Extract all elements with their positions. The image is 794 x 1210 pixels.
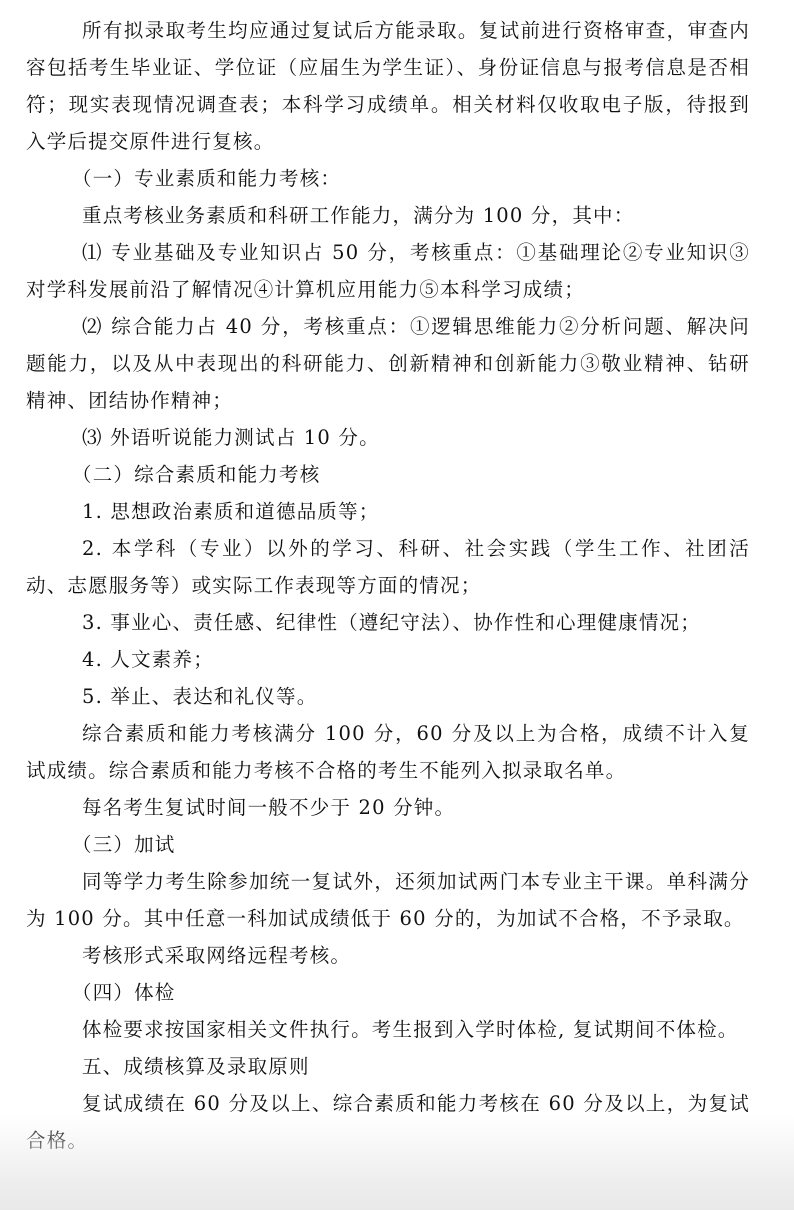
- paragraph-item-comprehensive-ability: ⑵ 综合能力占 40 分，考核重点：①逻辑思维能力②分析问题、解决问题能力，以及…: [26, 308, 750, 419]
- heading-professional-assessment: （一）专业素质和能力考核：: [26, 160, 750, 197]
- heading-additional-test: （三）加试: [26, 826, 750, 863]
- paragraph-item-professional-knowledge: ⑴ 专业基础及专业知识占 50 分，考核重点：①基础理论②专业知识③对学科发展前…: [26, 234, 750, 308]
- paragraph-list-item-3: 3. 事业心、责任感、纪律性（遵纪守法）、协作性和心理健康情况；: [26, 604, 750, 641]
- paragraph-qualification-review: 所有拟录取考生均应通过复试后方能录取。复试前进行资格审查，审查内容包括考生毕业证…: [26, 12, 750, 160]
- paragraph-list-item-1: 1. 思想政治素质和道德品质等；: [26, 493, 750, 530]
- document-page: 所有拟录取考生均应通过复试后方能录取。复试前进行资格审查，审查内容包括考生毕业证…: [26, 12, 750, 1159]
- paragraph-list-item-4: 4. 人文素养；: [26, 641, 750, 678]
- paragraph-full-score: 重点考核业务素质和科研工作能力，满分为 100 分，其中：: [26, 197, 750, 234]
- paragraph-list-item-2: 2. 本学科（专业）以外的学习、科研、社会实践（学生工作、社团活动、志愿服务等）…: [26, 530, 750, 604]
- paragraph-additional-test-rule: 同等学力考生除参加统一复试外，还须加试两门本专业主干课。单科满分为 100 分。…: [26, 863, 750, 937]
- paragraph-item-foreign-language: ⑶ 外语听说能力测试占 10 分。: [26, 419, 750, 456]
- heading-physical-exam: （四）体检: [26, 974, 750, 1011]
- paragraph-pass-criteria: 复试成绩在 60 分及以上、综合素质和能力考核在 60 分及以上，为复试合格。: [26, 1085, 750, 1159]
- paragraph-quality-pass-rule: 综合素质和能力考核满分 100 分，60 分及以上为合格，成绩不计入复试成绩。综…: [26, 715, 750, 789]
- paragraph-assessment-format: 考核形式采取网络远程考核。: [26, 937, 750, 974]
- paragraph-interview-duration: 每名考生复试时间一般不少于 20 分钟。: [26, 789, 750, 826]
- paragraph-list-item-5: 5. 举止、表达和礼仪等。: [26, 678, 750, 715]
- heading-section-five: 五、成绩核算及录取原则: [26, 1048, 750, 1085]
- paragraph-physical-exam-rule: 体检要求按国家相关文件执行。考生报到入学时体检, 复试期间不体检。: [26, 1011, 750, 1048]
- heading-comprehensive-quality: （二）综合素质和能力考核: [26, 456, 750, 493]
